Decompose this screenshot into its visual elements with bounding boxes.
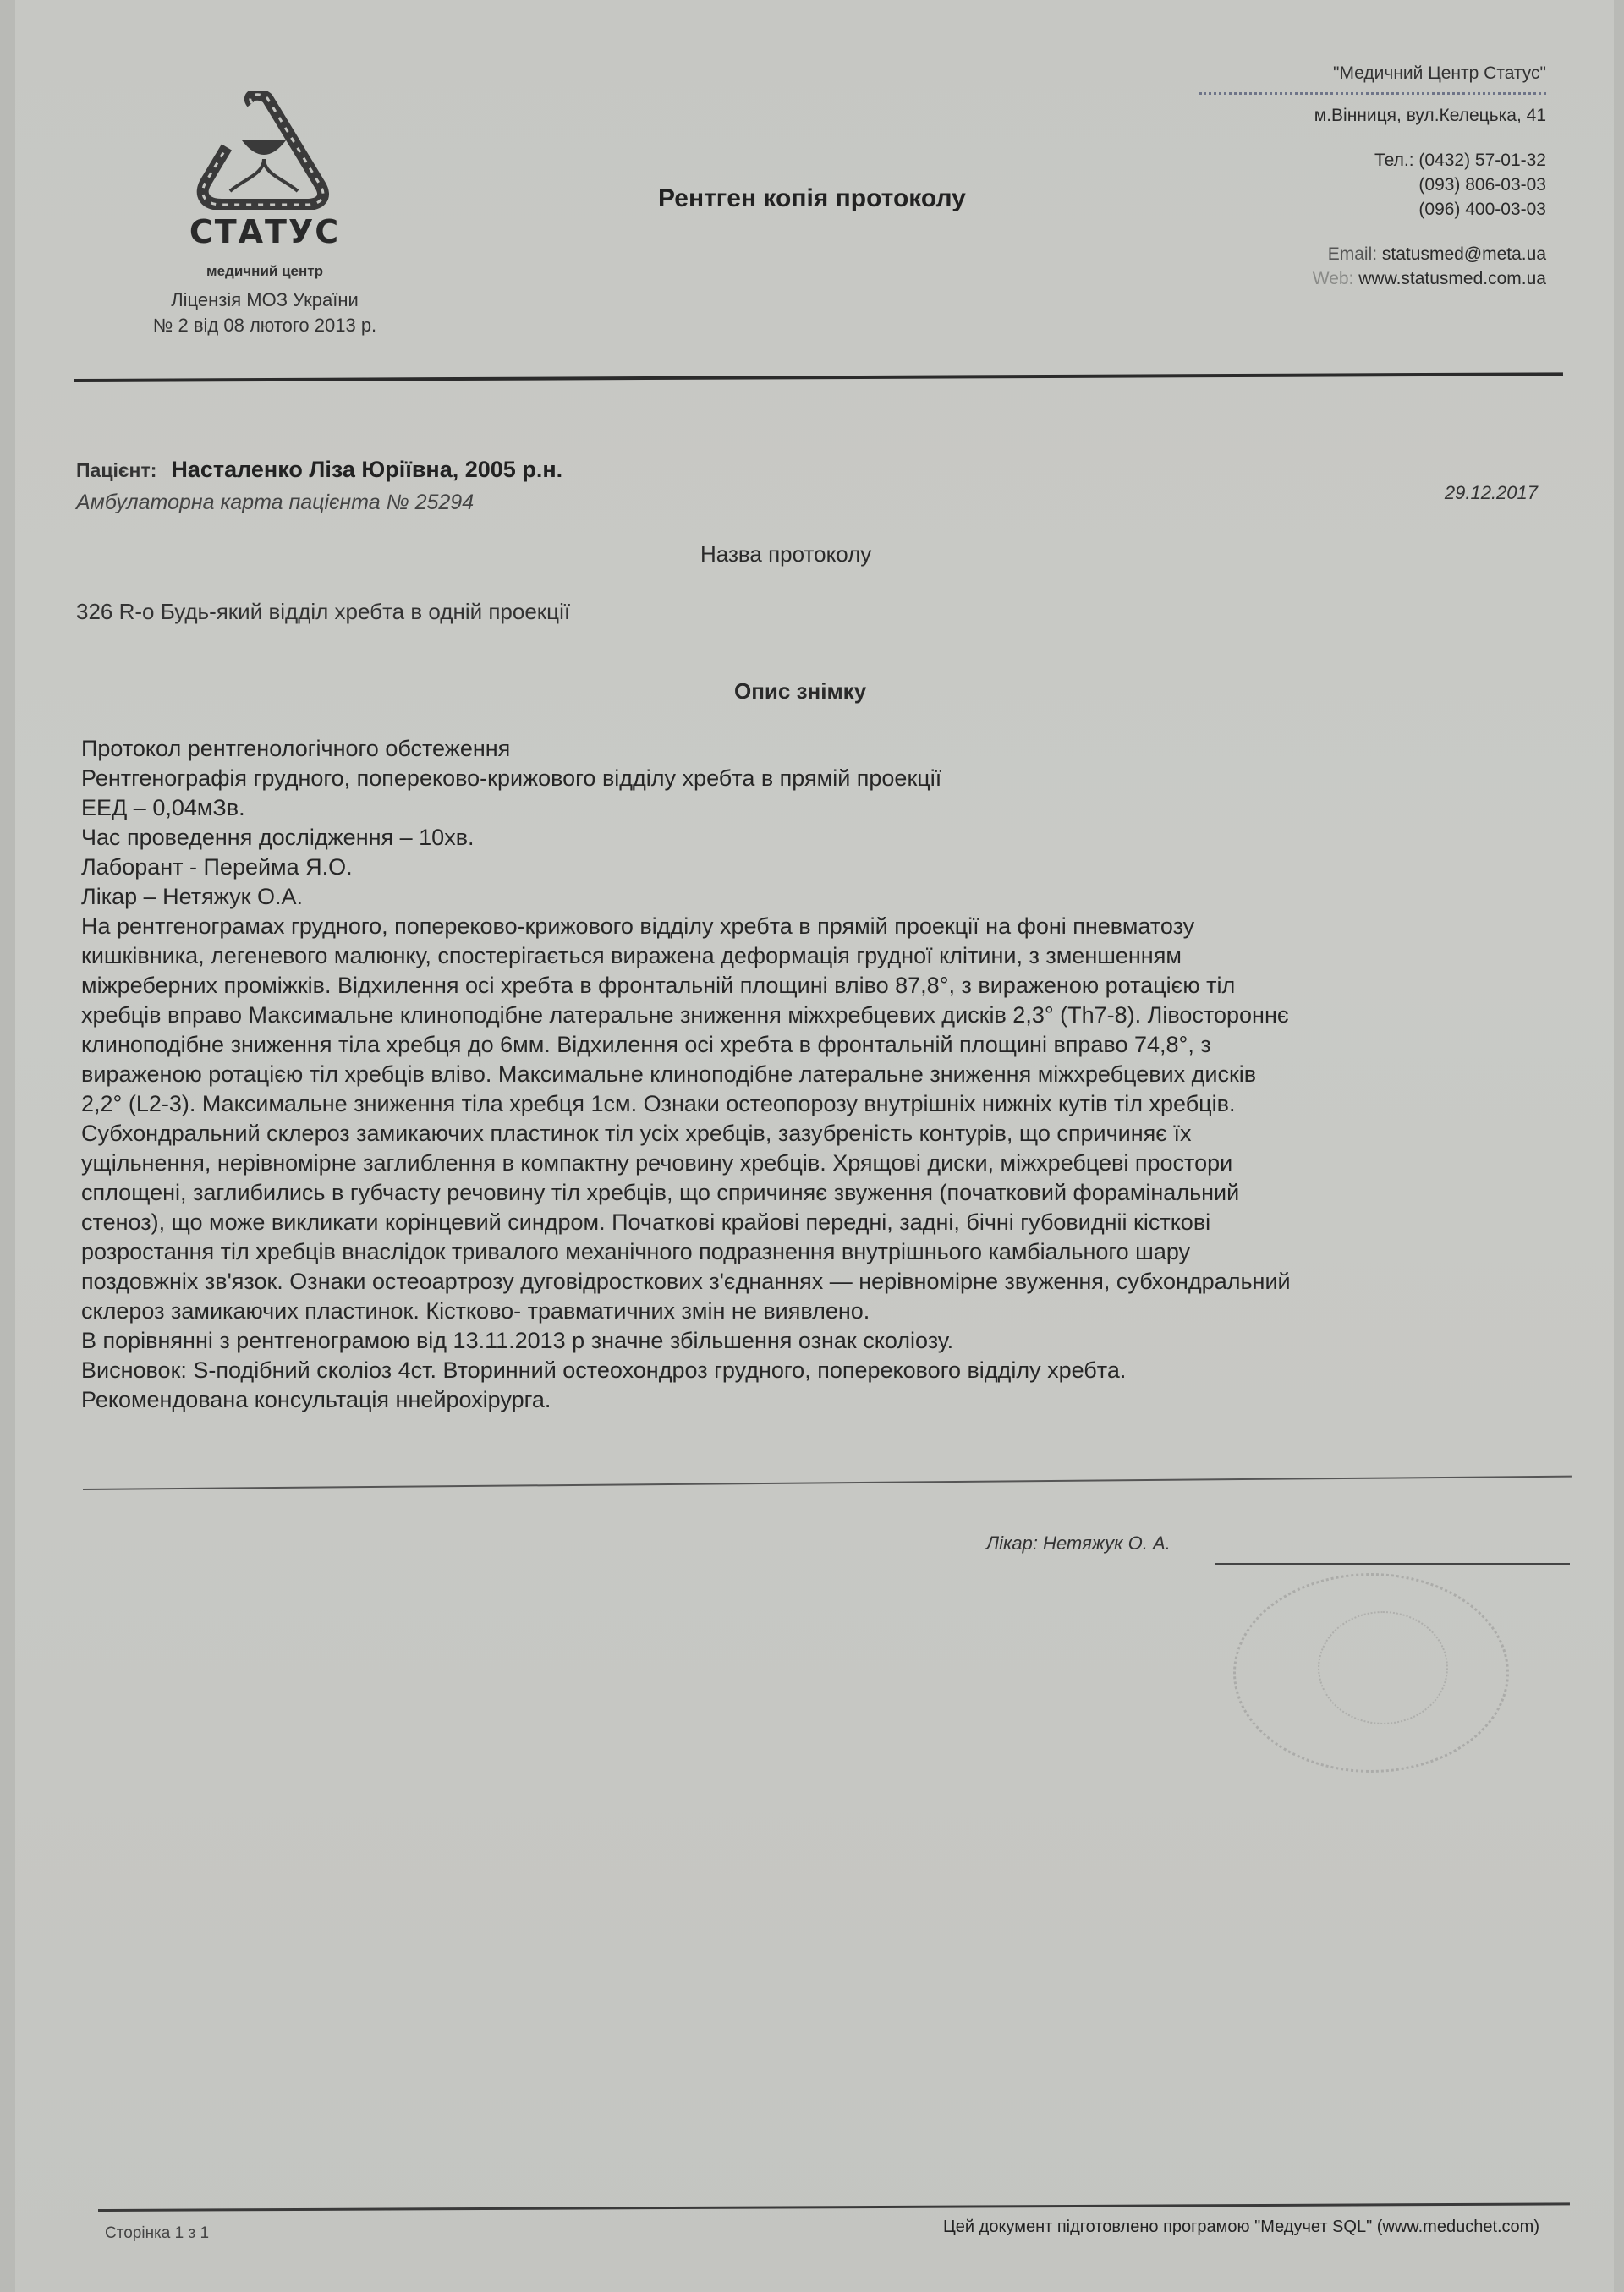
- license-line-1: Ліцензія МОЗ України: [108, 288, 421, 313]
- description-line: сплощені, заглибились в губчасту речовин…: [81, 1178, 1587, 1208]
- web-link[interactable]: www.statusmed.com.ua: [1358, 269, 1546, 288]
- description-line: Лікар – Нетяжук О.А.: [81, 882, 1587, 912]
- web-line: Web: www.statusmed.com.ua: [1106, 266, 1546, 291]
- software-credit: Цей документ підготовлено програмою "Мед…: [943, 2218, 1539, 2237]
- patient-name: Насталенко Ліза Юріївна, 2005 р.н.: [171, 457, 562, 482]
- description-line: Протокол рентгенологічного обстеження: [81, 734, 1587, 764]
- description-line: хребців вправо Максимальне клиноподібне …: [81, 1001, 1587, 1030]
- signature-line: [1215, 1563, 1570, 1565]
- document-title: Рентген копія протоколу: [658, 184, 966, 213]
- description-body: Протокол рентгенологічного обстеженняРен…: [81, 734, 1587, 1415]
- description-line: Рекомендована консультація ннейрохірурга…: [81, 1385, 1587, 1415]
- description-line: вираженою ротацією тіл хребців вліво. Ма…: [81, 1060, 1587, 1089]
- snake-bowl-logo-icon: [193, 91, 337, 210]
- contact-block: "Медичний Центр Статус" м.Вінниця, вул.К…: [1106, 61, 1546, 291]
- email-link[interactable]: statusmed@meta.ua: [1382, 244, 1546, 264]
- doctor-signature-label: Лікар: Нетяжук О. А.: [986, 1533, 1171, 1555]
- email-line: Email: statusmed@meta.ua: [1106, 242, 1546, 266]
- description-line: 2,2° (L2-3). Максимальне зниження тіла х…: [81, 1089, 1587, 1119]
- email-label: Email:: [1328, 244, 1377, 264]
- outpatient-card: Амбулаторна карта пацієнта № 25294: [76, 491, 474, 515]
- description-line: ущільнення, нерівномірне заглиблення в к…: [81, 1149, 1587, 1178]
- description-line: розростання тіл хребців внаслідок тривал…: [81, 1237, 1587, 1267]
- description-line: Висновок: S-подібний сколіоз 4ст. Вторин…: [81, 1356, 1587, 1385]
- protocol-name: 326 R-o Будь-який відділ хребта в одній …: [76, 599, 570, 625]
- description-line: Субхондральний склероз замикаючих пласти…: [81, 1119, 1587, 1149]
- brand-subtitle: медичний центр: [125, 263, 404, 280]
- document-date: 29.12.2017: [1445, 482, 1538, 504]
- license-info: Ліцензія МОЗ України № 2 від 08 лютого 2…: [108, 288, 421, 338]
- phone-number: (0432) 57-01-32: [1418, 151, 1546, 170]
- protocol-heading: Назва протоколу: [700, 541, 871, 568]
- phone-2: (093) 806-03-03: [1106, 173, 1546, 197]
- description-line: Рентгенографія грудного, попереково-криж…: [81, 764, 1587, 793]
- description-line: В порівнянні з рентгенограмою від 13.11.…: [81, 1326, 1587, 1356]
- description-line: стеноз), що може викликати корінцевий си…: [81, 1208, 1587, 1237]
- phone-label: Тел.:: [1374, 151, 1414, 170]
- description-line: клиноподібне зниження тіла хребця до 6мм…: [81, 1030, 1587, 1060]
- description-line: кишківника, легеневого малюнку, спостері…: [81, 941, 1587, 971]
- dotted-divider: [1199, 92, 1546, 95]
- header-divider: [74, 372, 1563, 382]
- web-label: Web:: [1313, 269, 1354, 288]
- brand-name: СТАТУС: [167, 213, 362, 250]
- document-page: СТАТУС медичний центр Ліцензія МОЗ Украї…: [15, 0, 1614, 2292]
- description-heading: Опис знімку: [734, 678, 866, 705]
- description-line: міжреберних проміжків. Відхилення осі хр…: [81, 971, 1587, 1001]
- body-end-divider: [83, 1476, 1572, 1490]
- description-line: На рентгенограмах грудного, попереково-к…: [81, 912, 1587, 941]
- license-line-2: № 2 від 08 лютого 2013 р.: [108, 313, 421, 338]
- patient-label: Пацієнт:: [76, 459, 156, 481]
- description-line: Лаборант - Перейма Я.О.: [81, 853, 1587, 882]
- description-line: склероз замикаючих пластинок. Кістково- …: [81, 1297, 1587, 1326]
- page-number: Сторінка 1 з 1: [105, 2224, 209, 2243]
- description-line: поздовжніх зв'язок. Ознаки остеоартрозу …: [81, 1267, 1587, 1297]
- organization-name: "Медичний Центр Статус": [1106, 61, 1546, 85]
- address: м.Вінниця, вул.Келецька, 41: [1106, 103, 1546, 128]
- faded-stamp-inner: [1318, 1611, 1448, 1724]
- description-line: Час проведення дослідження – 10хв.: [81, 823, 1587, 853]
- description-line: ЕЕД – 0,04мЗв.: [81, 793, 1587, 823]
- phone-3: (096) 400-03-03: [1106, 197, 1546, 222]
- patient-line: Пацієнт: Насталенко Ліза Юріївна, 2005 р…: [76, 457, 562, 483]
- footer-divider: [98, 2202, 1570, 2212]
- phone-1: Тел.: (0432) 57-01-32: [1106, 148, 1546, 173]
